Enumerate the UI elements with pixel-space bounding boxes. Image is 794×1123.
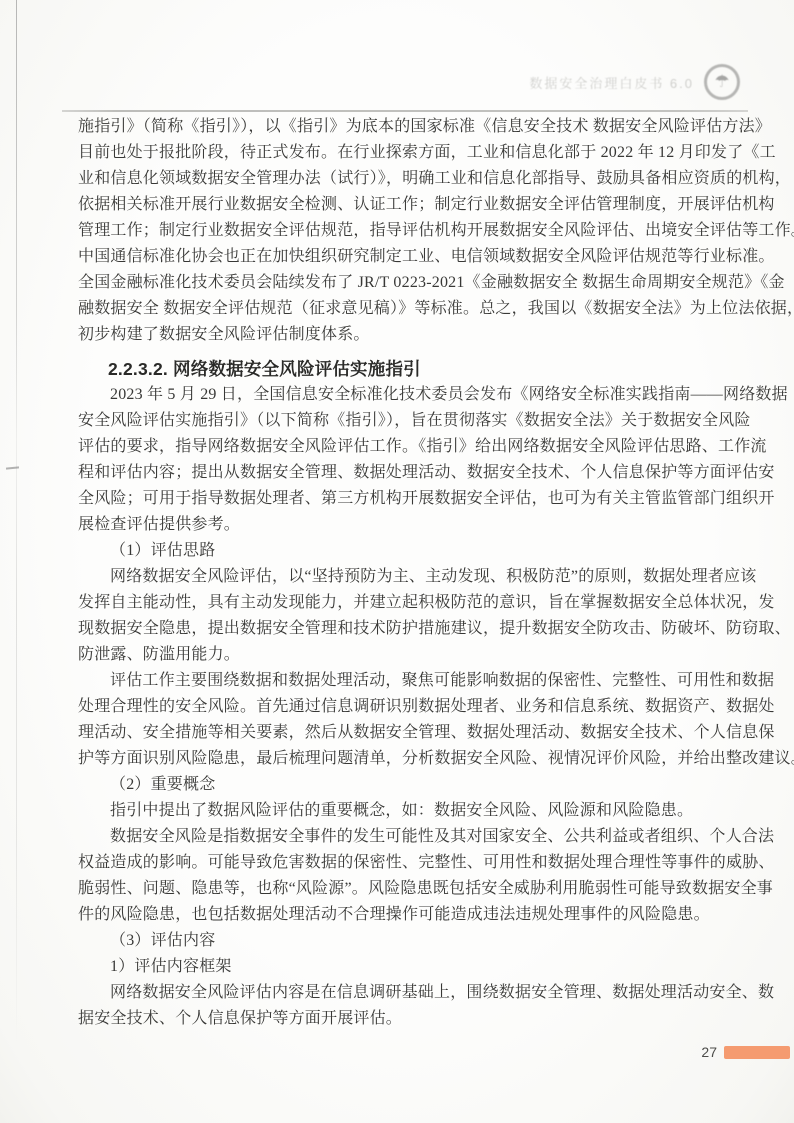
document-page: 数据安全治理白皮书 6.0 ☂ 施指引》（简称《指引》），以《指引》为底本的国家… [0, 0, 794, 1123]
text-line: 安全风险评估实施指引》（以下简称《指引》），旨在贯彻落实《数据安全法》关于数据安… [78, 408, 754, 434]
text-line: 数据安全风险是指数据安全事件的发生可能性及其对国家安全、公共利益或者组织、个人合… [78, 824, 754, 850]
text-line: 权益造成的影响。可能导致危害数据的保密性、完整性、可用性和数据处理合理性等事件的… [78, 850, 754, 876]
text-line: 评估工作主要围绕数据和数据处理活动，聚焦可能影响数据的保密性、完整性、可用性和数… [78, 668, 754, 694]
paragraph: 2023 年 5 月 29 日，全国信息安全标准化技术委员会发布《网络安全标准实… [78, 382, 754, 538]
sub-heading: 1）评估内容框架 [78, 954, 754, 980]
text-line: 管理工作；制定行业数据安全评估规范，指导评估机构开展数据安全风险评估、出境安全评… [78, 218, 754, 244]
text-line: 处理合理性的安全风险。首先通过信息调研识别数据处理者、业务和信息系统、数据资产、… [78, 694, 754, 720]
text-line: 依据相关标准开展行业数据安全检测、认证工作；制定行业数据安全评估管理制度，开展评… [78, 192, 754, 218]
text-line: 初步构建了数据安全风险评估制度体系。 [78, 322, 754, 348]
text-line: 评估的要求，指导网络数据安全风险评估工作。《指引》给出网络数据安全风险评估思路、… [78, 434, 754, 460]
paragraph: 指引中提出了数据风险评估的重要概念，如：数据安全风险、风险源和风险隐患。 [78, 798, 754, 824]
page-number: 27 [701, 1044, 717, 1060]
paragraph: 数据安全风险是指数据安全事件的发生可能性及其对国家安全、公共利益或者组织、个人合… [78, 824, 754, 928]
text-line: 展检查评估提供参考。 [78, 512, 754, 538]
paragraph: 评估工作主要围绕数据和数据处理活动，聚焦可能影响数据的保密性、完整性、可用性和数… [78, 668, 754, 772]
paragraph: 网络数据安全风险评估内容是在信息调研基础上，围绕数据安全管理、数据处理活动安全、… [78, 980, 754, 1032]
text-line: 现数据安全隐患，提出数据安全管理和技术防护措施建议，提升数据安全防攻击、防破坏、… [78, 616, 754, 642]
page-fold-line [16, 0, 17, 1045]
umbrella-logo-icon: ☂ [704, 64, 740, 100]
page-header: 数据安全治理白皮书 6.0 ☂ [529, 64, 740, 100]
text-line: 程和评估内容；提出从数据安全管理、数据处理活动、数据安全技术、个人信息保护等方面… [78, 460, 754, 486]
text-line: 脆弱性、问题、隐患等，也称“风险源”。风险隐患既包括安全威胁利用脆弱性可能导致数… [78, 876, 754, 902]
text-line: 施指引》（简称《指引》），以《指引》为底本的国家标准《信息安全技术 数据安全风险… [78, 114, 754, 140]
text-line: 全风险；可用于指导数据处理者、第三方机构开展数据安全评估，也可为有关主管监管部门… [78, 486, 754, 512]
text-line: 据安全技术、个人信息保护等方面开展评估。 [78, 1006, 754, 1032]
text-line: 理活动、安全措施等相关要素，然后从数据安全管理、数据处理活动、数据安全技术、个人… [78, 720, 754, 746]
text-line: 2023 年 5 月 29 日，全国信息安全标准化技术委员会发布《网络安全标准实… [78, 382, 754, 408]
text-line: 指引中提出了数据风险评估的重要概念，如：数据安全风险、风险源和风险隐患。 [78, 798, 754, 824]
text-line: 网络数据安全风险评估，以“坚持预防为主、主动发现、积极防范”的原则，数据处理者应… [78, 564, 754, 590]
text-line: 融数据安全 数据安全评估规范（征求意见稿）》等标准。总之，我国以《数据安全法》为… [78, 296, 754, 322]
document-body: 施指引》（简称《指引》），以《指引》为底本的国家标准《信息安全技术 数据安全风险… [78, 114, 754, 1032]
header-title: 数据安全治理白皮书 6.0 [529, 73, 694, 92]
text-line: 全国金融标准化技术委员会陆续发布了 JR/T 0223-2021《金融数据安全 … [78, 270, 754, 296]
text-line: 网络数据安全风险评估内容是在信息调研基础上，围绕数据安全管理、数据处理活动安全、… [78, 980, 754, 1006]
text-line: 件的风险隐患，也包括数据处理活动不合理操作可能造成违法违规处理事件的风险隐患。 [78, 902, 754, 928]
section-heading: 2.2.3.2. 网络数据安全风险评估实施指引 [108, 356, 754, 382]
paragraph: 施指引》（简称《指引》），以《指引》为底本的国家标准《信息安全技术 数据安全风险… [78, 114, 754, 348]
text-line: 目前也处于报批阶段，待正式发布。在行业探索方面，工业和信息化部于 2022 年 … [78, 140, 754, 166]
sub-heading: （1）评估思路 [78, 538, 754, 564]
text-line: 防泄露、防滥用能力。 [78, 642, 754, 668]
text-line: 护等方面识别风险隐患，最后梳理问题清单，分析数据安全风险、视情况评价风险，并给出… [78, 746, 754, 772]
umbrella-glyph: ☂ [714, 72, 729, 92]
header-divider [62, 110, 748, 112]
text-line: 中国通信标准化协会也正在加快组织研究制定工业、电信领域数据安全风险评估规范等行业… [78, 244, 754, 270]
page-fold-tick [6, 466, 19, 469]
text-line: 业和信息化领域数据安全管理办法（试行）》，明确工业和信息化部指导、鼓励具备相应资… [78, 166, 754, 192]
sub-heading: （2）重要概念 [78, 772, 754, 798]
sub-heading: （3）评估内容 [78, 928, 754, 954]
footer-accent-bar [724, 1046, 790, 1059]
text-line: 发挥自主能动性，具有主动发现能力，并建立起积极防范的意识，旨在掌握数据安全总体状… [78, 590, 754, 616]
paragraph: 网络数据安全风险评估，以“坚持预防为主、主动发现、积极防范”的原则，数据处理者应… [78, 564, 754, 668]
